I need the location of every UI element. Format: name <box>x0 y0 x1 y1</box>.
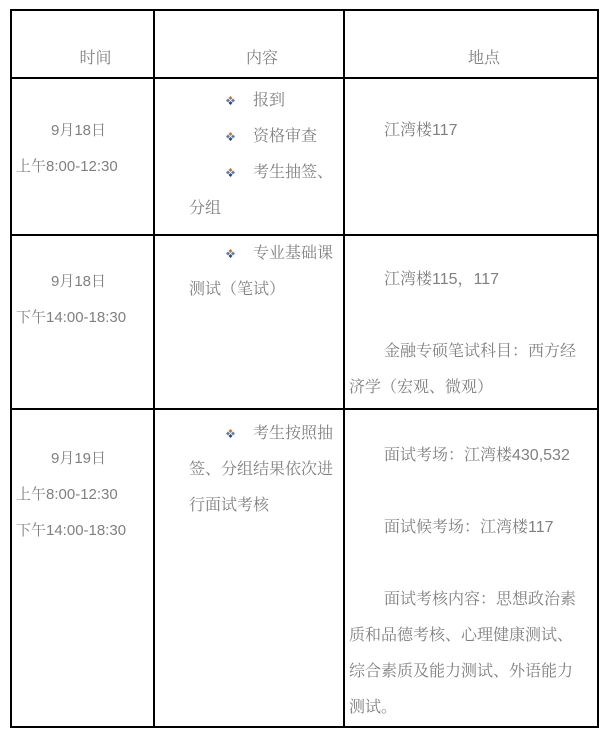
header-cell-location: 地点 <box>344 10 598 78</box>
bullet-text: 专业基础课测试（笔试） <box>189 245 333 298</box>
table-row: 9月19日 上午8:00-12:30 下午14:00-18:30 考生按照抽签、… <box>11 409 598 727</box>
header-cell-time: 时间 <box>11 10 154 78</box>
header-time-label: 时间 <box>16 41 149 77</box>
diamond-bullet-icon <box>226 132 235 141</box>
exam-schedule-table: 时间 内容 地点 9月18日 上午8:00-12:30 报到 资格审查 <box>10 9 599 728</box>
bullet-item: 考生按照抽签、分组结果依次进行面试考核 <box>189 416 339 524</box>
location-text: 江湾楼115，117 <box>349 262 584 298</box>
time-slot-text: 下午14:00-18:30 <box>16 513 149 549</box>
header-cell-content: 内容 <box>154 10 344 78</box>
location-text: 面试考核内容：思想政治素质和品德考核、心理健康测试、综合素质及能力测试、外语能力… <box>349 582 584 726</box>
cell-content-row1: 报到 资格审查 考生抽签、分组 <box>154 78 344 235</box>
diamond-bullet-icon <box>226 168 235 177</box>
date-text: 9月18日 <box>16 264 149 300</box>
location-text: 面试考场：江湾楼430,532 <box>349 438 584 474</box>
diamond-bullet-icon <box>226 249 235 258</box>
cell-content-row2: 专业基础课测试（笔试） <box>154 235 344 409</box>
date-text: 9月19日 <box>16 441 149 477</box>
bullet-item: 报到 <box>189 83 339 119</box>
cell-location-row2: 江湾楼115，117 金融专硕笔试科目：西方经济学（宏观、微观） <box>344 235 598 409</box>
document-page: 时间 内容 地点 9月18日 上午8:00-12:30 报到 资格审查 <box>0 0 606 736</box>
header-content-label: 内容 <box>159 41 339 77</box>
diamond-bullet-icon <box>226 429 235 438</box>
bullet-text: 资格审查 <box>253 128 317 145</box>
bullet-item: 考生抽签、分组 <box>189 155 339 227</box>
table-row: 9月18日 下午14:00-18:30 专业基础课测试（笔试） 江湾楼115，1… <box>11 235 598 409</box>
time-slot-text: 上午8:00-12:30 <box>16 477 149 513</box>
diamond-bullet-icon <box>226 96 235 105</box>
bullet-text: 报到 <box>253 92 285 109</box>
header-row: 时间 内容 地点 <box>11 10 598 78</box>
bullet-item: 专业基础课测试（笔试） <box>189 236 339 308</box>
bullet-text: 考生抽签、分组 <box>189 164 333 217</box>
cell-time-row1: 9月18日 上午8:00-12:30 <box>11 78 154 235</box>
bullet-item: 资格审查 <box>189 119 339 155</box>
cell-time-row2: 9月18日 下午14:00-18:30 <box>11 235 154 409</box>
table-row: 9月18日 上午8:00-12:30 报到 资格审查 考生抽签、分组 江湾楼11… <box>11 78 598 235</box>
time-slot-text: 下午14:00-18:30 <box>16 300 149 336</box>
cell-location-row3: 面试考场：江湾楼430,532 面试候考场：江湾楼117 面试考核内容：思想政治… <box>344 409 598 727</box>
time-slot-text: 上午8:00-12:30 <box>16 149 149 185</box>
header-location-label: 地点 <box>349 41 593 77</box>
location-text: 江湾楼117 <box>349 113 584 149</box>
cell-time-row3: 9月19日 上午8:00-12:30 下午14:00-18:30 <box>11 409 154 727</box>
bullet-text: 考生按照抽签、分组结果依次进行面试考核 <box>189 425 333 514</box>
cell-content-row3: 考生按照抽签、分组结果依次进行面试考核 <box>154 409 344 727</box>
date-text: 9月18日 <box>16 113 149 149</box>
location-text: 面试候考场：江湾楼117 <box>349 510 584 546</box>
location-text: 金融专硕笔试科目：西方经济学（宏观、微观） <box>349 334 584 406</box>
cell-location-row1: 江湾楼117 <box>344 78 598 235</box>
